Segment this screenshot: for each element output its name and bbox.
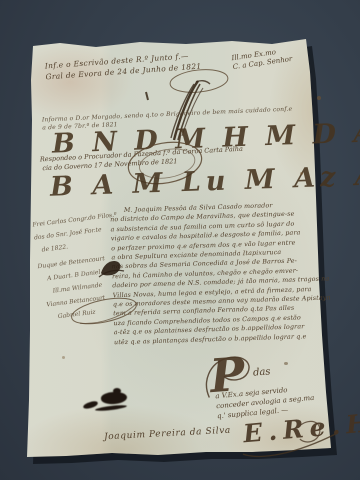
margin-ink-scribble: [98, 257, 126, 279]
petition-word: das: [253, 366, 271, 378]
signature-flourish: [239, 420, 342, 463]
paper-speck: [317, 96, 321, 100]
photo-background: Inf.e o Escrivão deste R.º Junto f.— Gra…: [0, 0, 360, 480]
manuscript-content: Inf.e o Escrivão deste R.º Junto f.— Gra…: [0, 0, 360, 480]
body-paragraph: M. Joaquim Pessôa da Silva Casado morado…: [110, 200, 326, 348]
paper-speck: [300, 172, 303, 175]
signature-center: Joaquim Pereira da Silva: [104, 426, 231, 443]
paper-speck: [62, 356, 65, 359]
paper-speck: [284, 362, 288, 365]
ink-blot: [83, 391, 133, 413]
top-right-annotation: Ill.mo Ex.mo C. a Cap. Senhor: [231, 46, 293, 72]
